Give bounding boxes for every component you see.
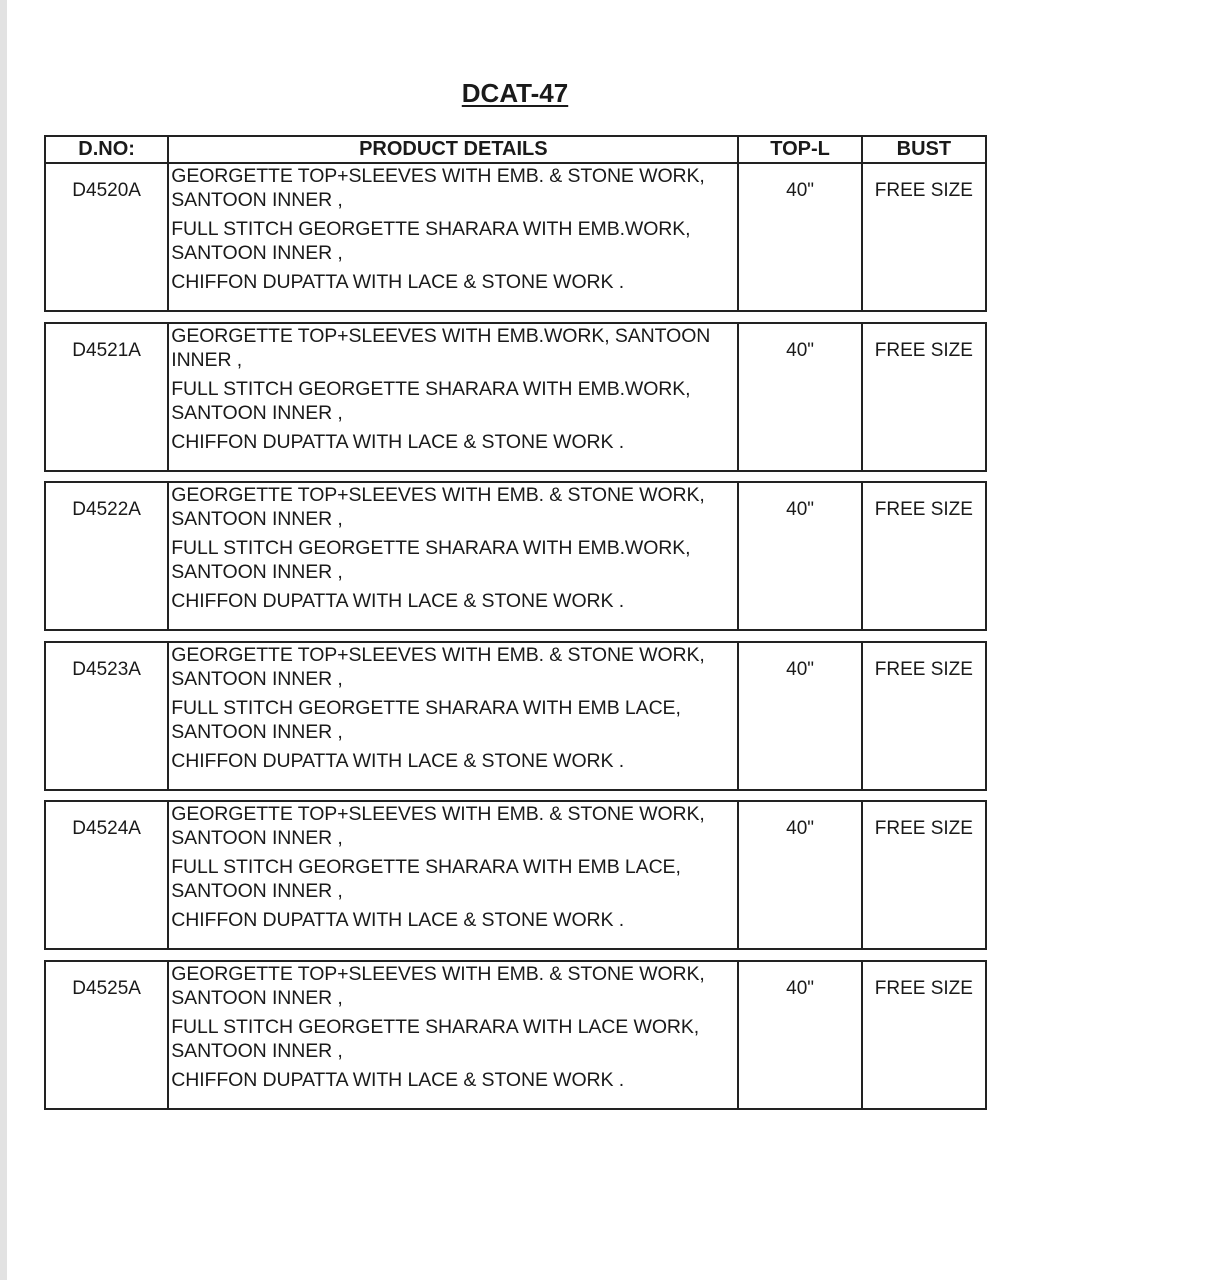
bust-size: FREE SIZE <box>862 482 986 630</box>
header-dno: D.NO: <box>45 136 168 163</box>
top-length: 40" <box>738 482 861 630</box>
top-length: 40" <box>738 801 861 949</box>
detail-line: CHIFFON DUPATTA WITH LACE & STONE WORK . <box>171 749 737 773</box>
product-block: D.NO:PRODUCT DETAILSTOP-LBUST D4520A GEO… <box>44 135 987 312</box>
product-block: D4523A GEORGETTE TOP+SLEEVES WITH EMB. &… <box>44 641 987 791</box>
page-edge <box>0 0 7 1280</box>
design-number: D4523A <box>45 642 168 790</box>
detail-line: GEORGETTE TOP+SLEEVES WITH EMB. & STONE … <box>171 483 737 531</box>
detail-line: GEORGETTE TOP+SLEEVES WITH EMB. & STONE … <box>171 962 737 1010</box>
product-details: GEORGETTE TOP+SLEEVES WITH EMB.WORK, SAN… <box>168 323 738 471</box>
header-bust: BUST <box>862 136 986 163</box>
product-block: D4521A GEORGETTE TOP+SLEEVES WITH EMB.WO… <box>44 322 987 472</box>
bust-size: FREE SIZE <box>862 323 986 471</box>
product-block: D4525A GEORGETTE TOP+SLEEVES WITH EMB. &… <box>44 960 987 1110</box>
detail-line: CHIFFON DUPATTA WITH LACE & STONE WORK . <box>171 1068 737 1092</box>
detail-line: FULL STITCH GEORGETTE SHARARA WITH EMB.W… <box>171 217 737 265</box>
design-number: D4522A <box>45 482 168 630</box>
table-row: D4525A GEORGETTE TOP+SLEEVES WITH EMB. &… <box>45 961 986 1109</box>
detail-line: CHIFFON DUPATTA WITH LACE & STONE WORK . <box>171 589 737 613</box>
bust-size: FREE SIZE <box>862 163 986 311</box>
header-top-l: TOP-L <box>738 136 861 163</box>
detail-line: FULL STITCH GEORGETTE SHARARA WITH EMB.W… <box>171 377 737 425</box>
product-details: GEORGETTE TOP+SLEEVES WITH EMB. & STONE … <box>168 801 738 949</box>
detail-line: CHIFFON DUPATTA WITH LACE & STONE WORK . <box>171 270 737 294</box>
detail-line: GEORGETTE TOP+SLEEVES WITH EMB. & STONE … <box>171 643 737 691</box>
top-length: 40" <box>738 642 861 790</box>
table-row: D4521A GEORGETTE TOP+SLEEVES WITH EMB.WO… <box>45 323 986 471</box>
detail-line: FULL STITCH GEORGETTE SHARARA WITH LACE … <box>171 1015 737 1063</box>
bust-size: FREE SIZE <box>862 961 986 1109</box>
header-product-details: PRODUCT DETAILS <box>168 136 738 163</box>
product-block: D4524A GEORGETTE TOP+SLEEVES WITH EMB. &… <box>44 800 987 950</box>
top-length: 40" <box>738 961 861 1109</box>
detail-line: CHIFFON DUPATTA WITH LACE & STONE WORK . <box>171 908 737 932</box>
design-number: D4521A <box>45 323 168 471</box>
detail-line: GEORGETTE TOP+SLEEVES WITH EMB.WORK, SAN… <box>171 324 737 372</box>
detail-line: FULL STITCH GEORGETTE SHARARA WITH EMB.W… <box>171 536 737 584</box>
detail-line: CHIFFON DUPATTA WITH LACE & STONE WORK . <box>171 430 737 454</box>
table-row: D4523A GEORGETTE TOP+SLEEVES WITH EMB. &… <box>45 642 986 790</box>
detail-line: GEORGETTE TOP+SLEEVES WITH EMB. & STONE … <box>171 164 737 212</box>
detail-line: FULL STITCH GEORGETTE SHARARA WITH EMB L… <box>171 855 737 903</box>
product-details: GEORGETTE TOP+SLEEVES WITH EMB. & STONE … <box>168 163 738 311</box>
bust-size: FREE SIZE <box>862 801 986 949</box>
design-number: D4525A <box>45 961 168 1109</box>
detail-line: GEORGETTE TOP+SLEEVES WITH EMB. & STONE … <box>171 802 737 850</box>
design-number: D4524A <box>45 801 168 949</box>
table-row: D4524A GEORGETTE TOP+SLEEVES WITH EMB. &… <box>45 801 986 949</box>
bust-size: FREE SIZE <box>862 642 986 790</box>
table-row: D4520A GEORGETTE TOP+SLEEVES WITH EMB. &… <box>45 163 986 311</box>
table-header-row: D.NO:PRODUCT DETAILSTOP-LBUST <box>45 136 986 163</box>
product-block: D4522A GEORGETTE TOP+SLEEVES WITH EMB. &… <box>44 481 987 631</box>
table-row: D4522A GEORGETTE TOP+SLEEVES WITH EMB. &… <box>45 482 986 630</box>
top-length: 40" <box>738 163 861 311</box>
product-details: GEORGETTE TOP+SLEEVES WITH EMB. & STONE … <box>168 961 738 1109</box>
detail-line: FULL STITCH GEORGETTE SHARARA WITH EMB L… <box>171 696 737 744</box>
document-title: DCAT-47 <box>0 78 1030 109</box>
design-number: D4520A <box>45 163 168 311</box>
product-details: GEORGETTE TOP+SLEEVES WITH EMB. & STONE … <box>168 482 738 630</box>
product-details: GEORGETTE TOP+SLEEVES WITH EMB. & STONE … <box>168 642 738 790</box>
top-length: 40" <box>738 323 861 471</box>
